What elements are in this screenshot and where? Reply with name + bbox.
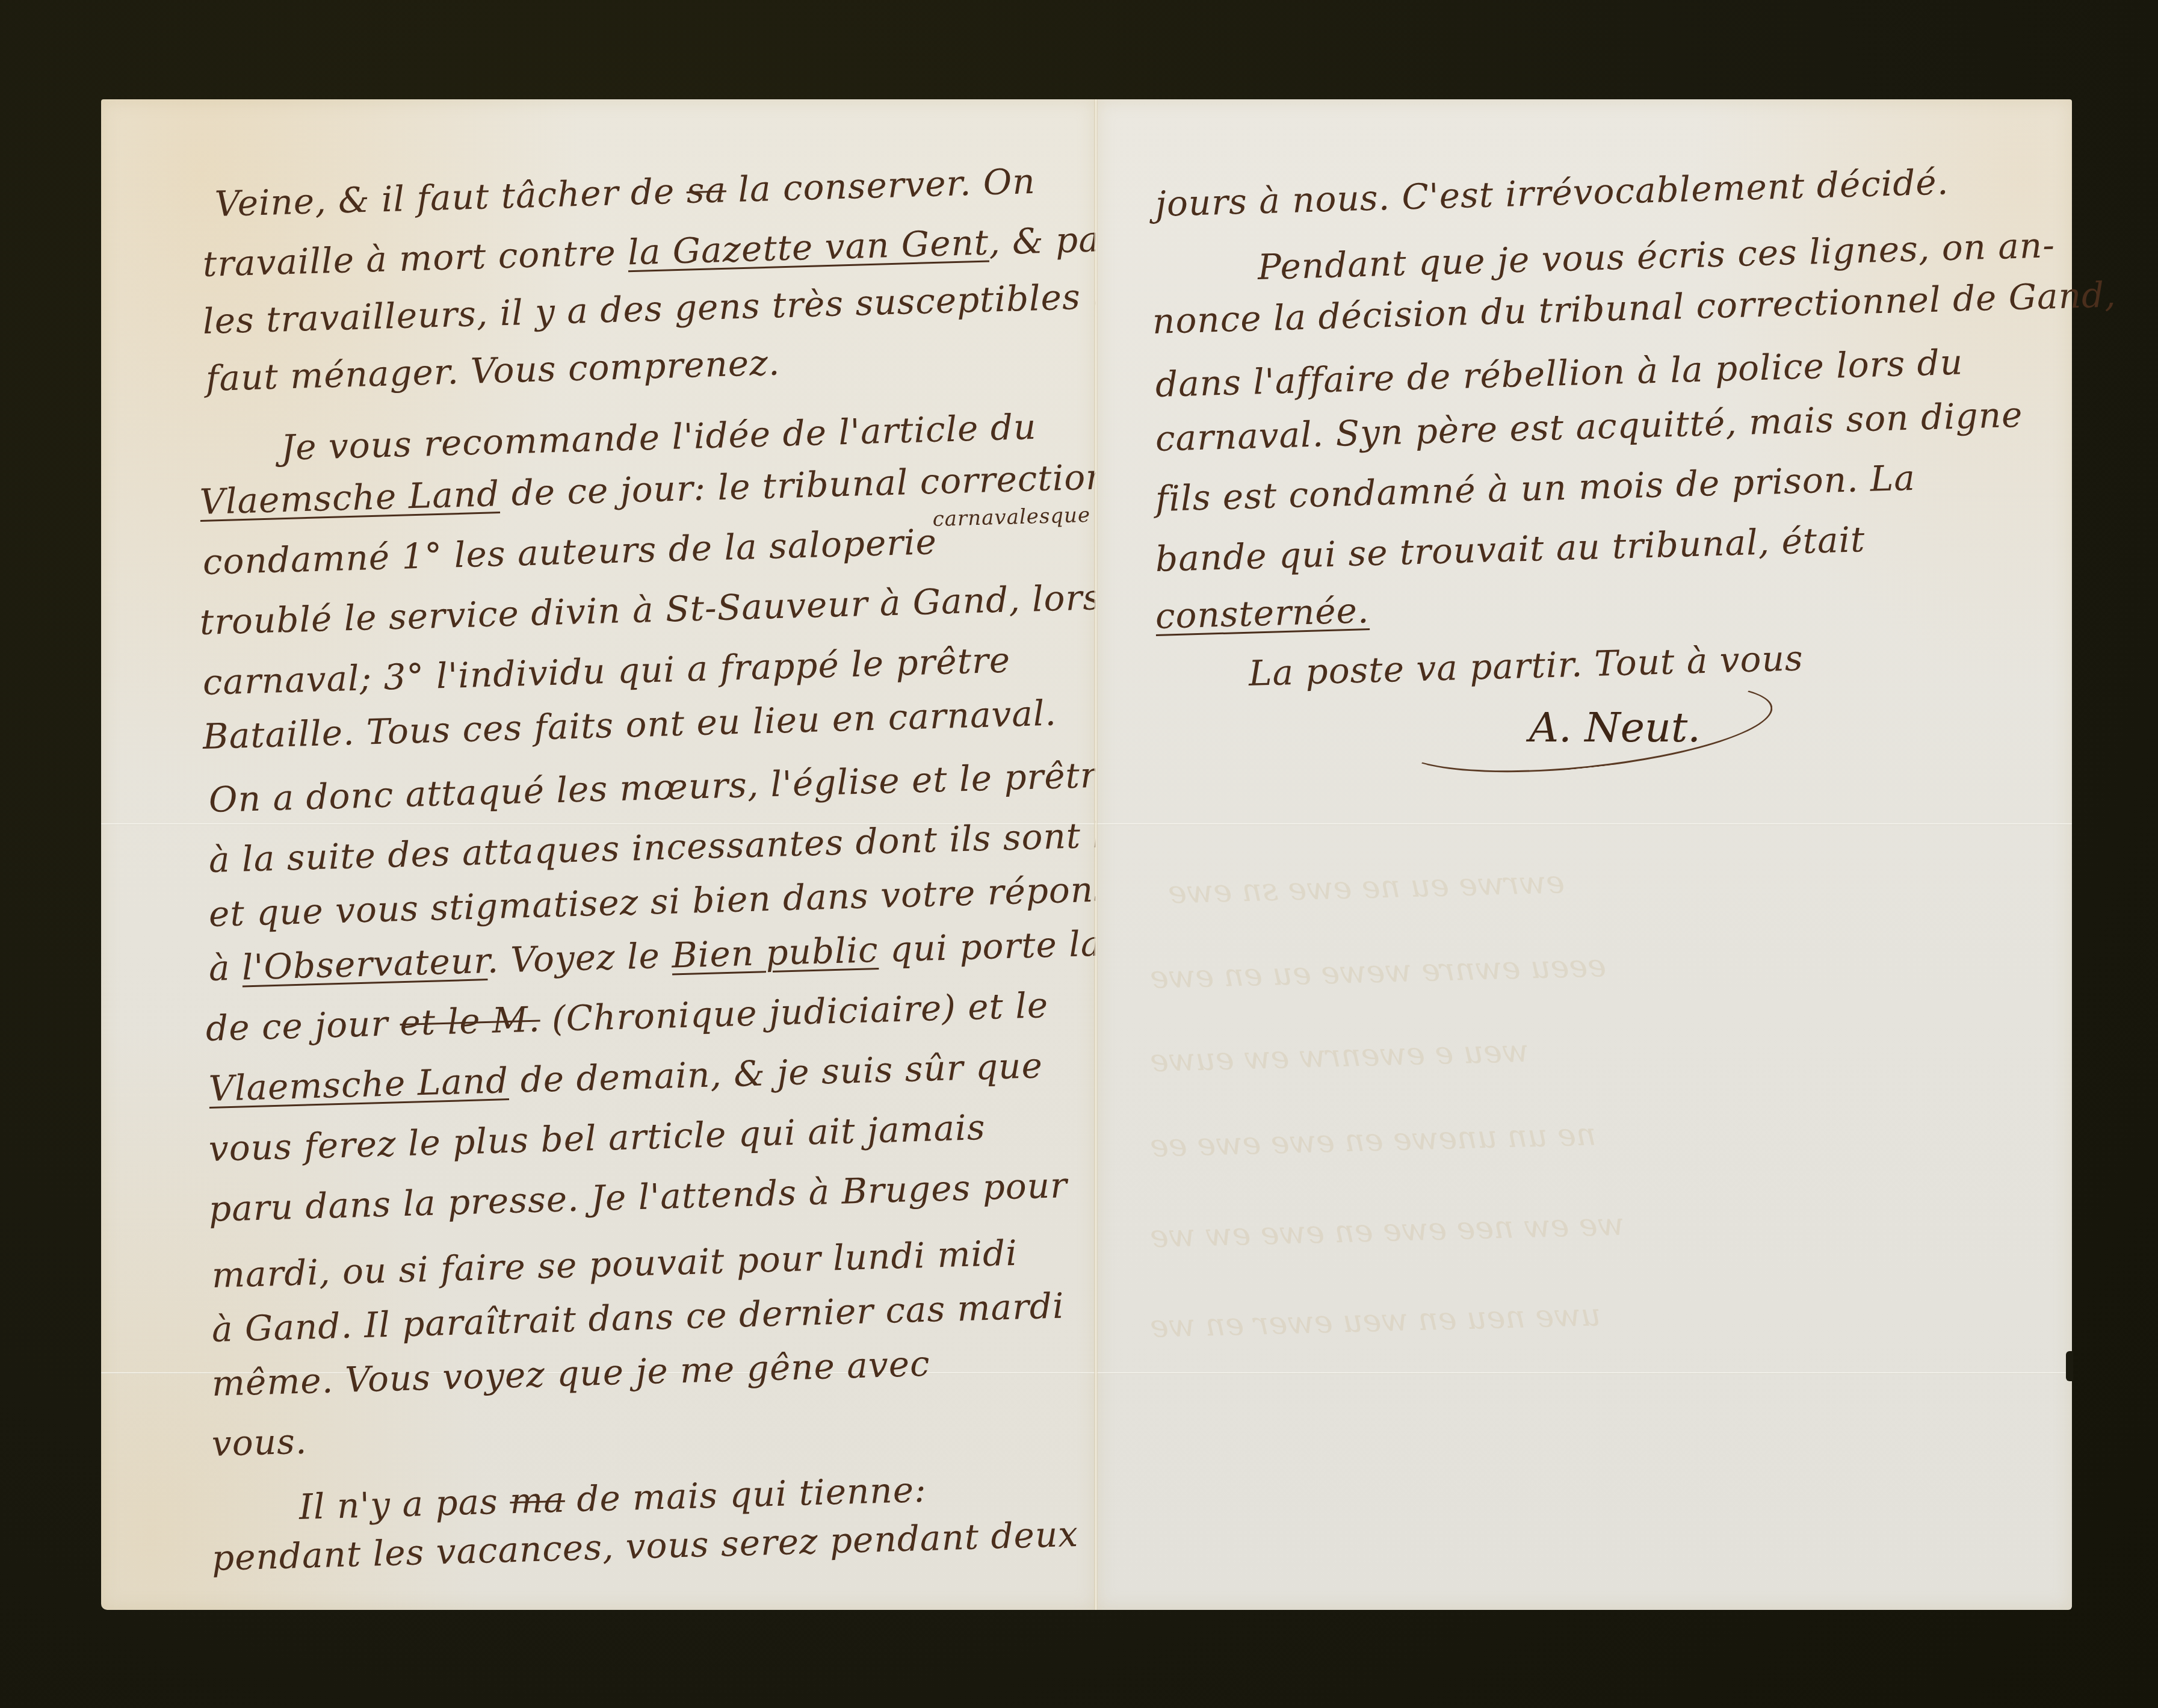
handwritten-line: carnaval. Syn père est acquitté, mais so… bbox=[1155, 394, 2023, 459]
handwritten-line: Je vous recommande l'idée de l'article d… bbox=[280, 406, 1037, 468]
handwritten-line: consternée. bbox=[1155, 590, 1370, 637]
handwritten-line: mardi, ou si faire se pouvait pour lundi… bbox=[211, 1233, 1018, 1296]
center-fold bbox=[1094, 99, 1098, 1610]
handwritten-line: dans l'affaire de rébellion à la police … bbox=[1155, 342, 1964, 405]
handwritten-line: à l'Observateur. Voyez le Bien public qu… bbox=[208, 920, 1195, 989]
handwritten-line: Vlaemsche Land de demain, & je suis sûr … bbox=[208, 1045, 1043, 1109]
left-page: Veine, & il faut tâcher de sa la conserv… bbox=[101, 99, 1096, 1610]
letter-spread: Veine, & il faut tâcher de sa la conserv… bbox=[101, 99, 2072, 1610]
handwritten-line: Il n'y a pas ma de mais qui tienne: bbox=[298, 1469, 927, 1527]
newspaper-title: la Gazette van Gent bbox=[627, 222, 989, 273]
insertion: carnavalesque bbox=[932, 503, 1090, 531]
handwritten-line: travaille à mort contre la Gazette van G… bbox=[202, 217, 1163, 285]
handwritten-line: Bataille. Tous ces faits ont eu lieu en … bbox=[202, 692, 1057, 757]
handwritten-line: Veine, & il faut tâcher de sa la conserv… bbox=[214, 161, 1036, 224]
handwritten-line: On a donc attaqué les mœurs, l'église et… bbox=[208, 753, 1131, 820]
newspaper-title: Bien public bbox=[671, 929, 879, 976]
handwritten-line: même. Vous voyez que je me gêne avec bbox=[211, 1343, 930, 1404]
handwritten-line: troublé le service divin à St-Sauveur à … bbox=[199, 575, 1160, 643]
newspaper-title: Vlaemsche Land bbox=[208, 1060, 509, 1109]
horizontal-fold bbox=[1096, 823, 2072, 825]
handwritten-line: jours à nous. C'est irrévocablement déci… bbox=[1155, 161, 1949, 224]
handwritten-line: bande qui se trouvait au tribunal, était bbox=[1155, 519, 1866, 580]
handwritten-line: à Gand. Il paraîtrait dans ce dernier ca… bbox=[211, 1285, 1065, 1350]
handwritten-line: vous. bbox=[211, 1421, 308, 1464]
newspaper-title: Vlaemsche Land bbox=[199, 473, 500, 522]
handwritten-line: les travailleurs, il y a des gens très s… bbox=[202, 274, 1172, 342]
handwritten-line: fils est condamné à un mois de prison. L… bbox=[1155, 457, 1916, 519]
handwritten-line: et que vous stigmatisez si bien dans vot… bbox=[208, 868, 1134, 935]
handwritten-line: paru dans la presse. Je l'attends à Brug… bbox=[208, 1165, 1068, 1230]
right-page: ewrwe eu ne ewe sn ewe eeeu ewnre wewe e… bbox=[1096, 99, 2072, 1610]
paper-tear bbox=[2066, 1351, 2073, 1381]
newspaper-title: l'Observateur bbox=[241, 940, 487, 988]
handwritten-line: vous ferez le plus bel article qui ait j… bbox=[208, 1107, 986, 1169]
handwritten-line: faut ménager. Vous comprenez. bbox=[205, 342, 781, 399]
horizontal-fold bbox=[1096, 1372, 2072, 1374]
handwritten-line: carnaval; 3° l'individu qui a frappé le … bbox=[202, 640, 1011, 703]
handwritten-line: Pendant que je vous écris ces lignes, on… bbox=[1257, 224, 2056, 288]
handwritten-line: de ce jour et le M. (Chronique judiciair… bbox=[205, 985, 1049, 1049]
